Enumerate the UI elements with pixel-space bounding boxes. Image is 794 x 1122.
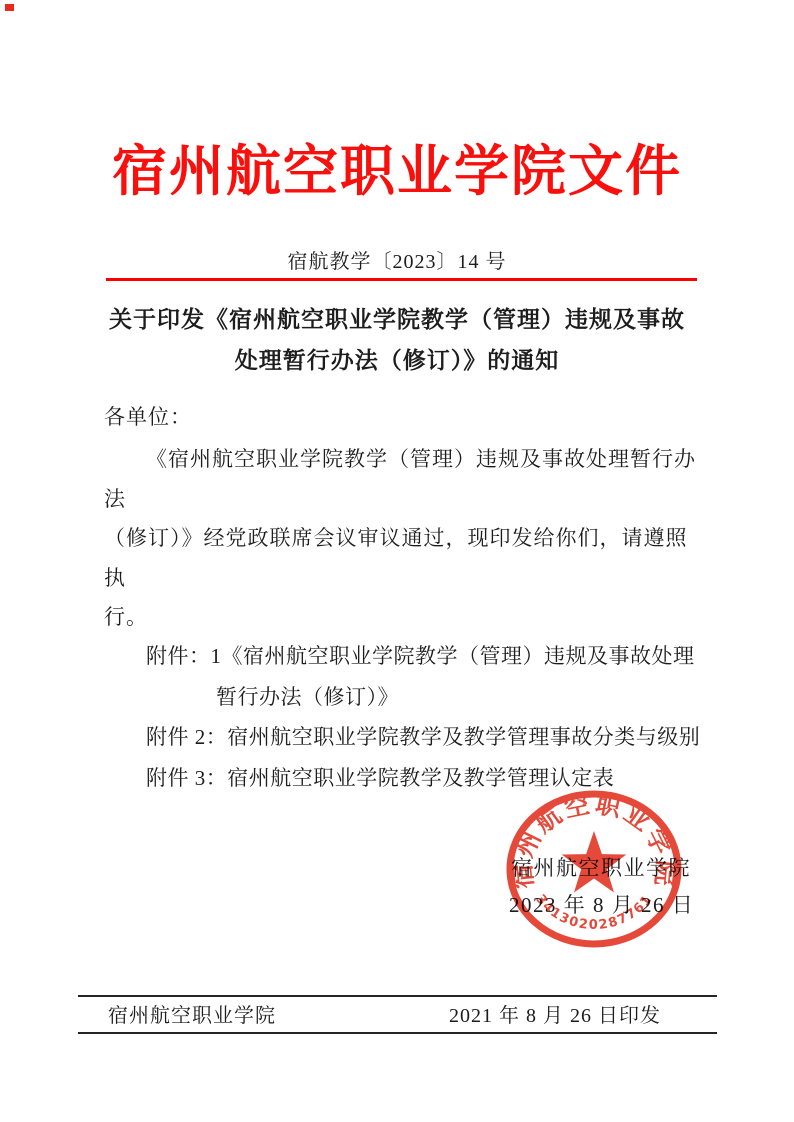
body-paragraph: 《宿州航空职业学院教学（管理）违规及事故处理暂行办法 （修订）》经党政联席会议审… <box>104 440 704 638</box>
doc-number: 宿航教学〔2023〕14 号 <box>0 250 794 274</box>
body-line-2: （修订）》经党政联席会议审议通过，现印发给你们，请遵照执 <box>104 519 704 598</box>
footer-rule-top <box>78 995 717 997</box>
seal-code: 3413020287761 <box>532 892 655 933</box>
salutation: 各单位： <box>104 404 192 430</box>
attachments-list: 附件：1《宿州航空职业学院教学（管理）违规及事故处理 暂行办法（修订）》 附件 … <box>146 636 706 798</box>
official-seal-stamp: 宿州航空职业学院 3413020287761 <box>504 788 684 952</box>
notice-title-line2: 处理暂行办法（修订）》的通知 <box>97 340 697 381</box>
org-title: 宿州航空职业学院文件 <box>0 141 794 203</box>
red-corner-mark <box>5 4 14 11</box>
document-page: 宿州航空职业学院文件 宿航教学〔2023〕14 号 关于印发《宿州航空职业学院教… <box>0 0 794 1122</box>
footer-print-date: 2021 年 8 月 26 日印发 <box>449 1004 661 1028</box>
attachment-2: 附件 2：宿州航空职业学院教学及教学管理事故分类与级别 <box>146 717 706 758</box>
footer-org: 宿州航空职业学院 <box>108 1004 276 1028</box>
seal-star-icon <box>562 831 627 893</box>
body-line-1: 《宿州航空职业学院教学（管理）违规及事故处理暂行办法 <box>104 440 704 519</box>
red-header-rule <box>106 278 697 281</box>
notice-title: 关于印发《宿州航空职业学院教学（管理）违规及事故 处理暂行办法（修订）》的通知 <box>97 299 697 381</box>
notice-title-line1: 关于印发《宿州航空职业学院教学（管理）违规及事故 <box>97 299 697 340</box>
body-line-3: 行。 <box>104 598 704 638</box>
attachment-1: 附件：1《宿州航空职业学院教学（管理）违规及事故处理 <box>146 636 706 677</box>
attachment-1-continued: 暂行办法（修订）》 <box>216 677 706 718</box>
footer-rule-bottom <box>78 1032 717 1034</box>
